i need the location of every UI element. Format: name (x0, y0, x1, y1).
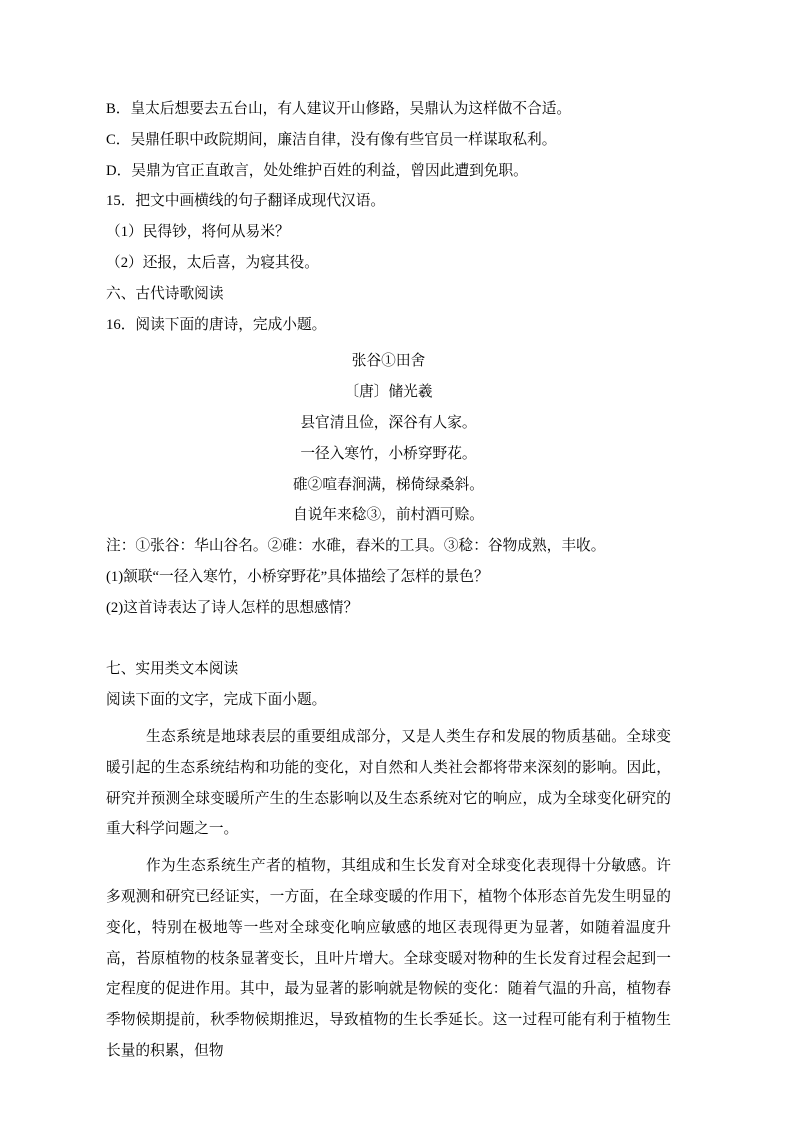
question-16-part-2: (2)这首诗表达了诗人怎样的思想感情？ (106, 593, 671, 624)
choice-option-b: B．皇太后想要去五台山，有人建议开山修路，吴鼎认为这样做不合适。 (106, 94, 671, 125)
poem-line-3: 碓②喧春涧满，梯倚绿桑斜。 (106, 470, 671, 501)
choice-option-c: C．吴鼎任职中政院期间，廉洁自律，没有像有些官员一样谋取私利。 (106, 125, 671, 156)
poem-title: 张谷①田舍 (106, 346, 671, 377)
question-17-intro: 阅读下面的文字，完成下面小题。 (106, 685, 671, 716)
page-content: B．皇太后想要去五台山，有人建议开山修路，吴鼎认为这样做不合适。 C．吴鼎任职中… (106, 94, 671, 1067)
question-16-stem: 16．阅读下面的唐诗，完成小题。 (106, 310, 671, 341)
passage-paragraph-1: 生态系统是地球表层的重要组成部分，又是人类生存和发展的物质基础。全球变暖引起的生… (106, 722, 671, 845)
exam-document-page: B．皇太后想要去五台山，有人建议开山修路，吴鼎认为这样做不合适。 C．吴鼎任职中… (0, 0, 794, 1123)
question-15-part-2: （2）还报，太后喜，为寝其役。 (106, 248, 671, 279)
blank-line (106, 624, 671, 655)
choice-option-d: D．吴鼎为官正直敢言，处处维护百姓的利益，曾因此遭到免职。 (106, 156, 671, 187)
section-7-heading: 七、实用类文本阅读 (106, 654, 671, 685)
poem-line-2: 一径入寒竹，小桥穿野花。 (106, 439, 671, 470)
poem-author: 〔唐〕储光羲 (106, 377, 671, 408)
poem-line-1: 县官清且俭，深谷有人家。 (106, 408, 671, 439)
section-6-heading: 六、古代诗歌阅读 (106, 279, 671, 310)
question-15-part-1: （1）民得钞，将何从易米？ (106, 217, 671, 248)
passage-paragraph-2: 作为生态系统生产者的植物，其组成和生长发育对全球变化表现得十分敏感。许多观测和研… (106, 851, 671, 1067)
poem-line-4: 自说年来稔③，前村酒可赊。 (106, 500, 671, 531)
poem-note: 注：①张谷：华山谷名。②碓：水碓，舂米的工具。③稔：谷物成熟，丰收。 (106, 531, 671, 562)
question-16-part-1: (1)颔联“一径入寒竹，小桥穿野花”具体描绘了怎样的景色？ (106, 562, 671, 593)
question-15-stem: 15．把文中画横线的句子翻译成现代汉语。 (106, 186, 671, 217)
